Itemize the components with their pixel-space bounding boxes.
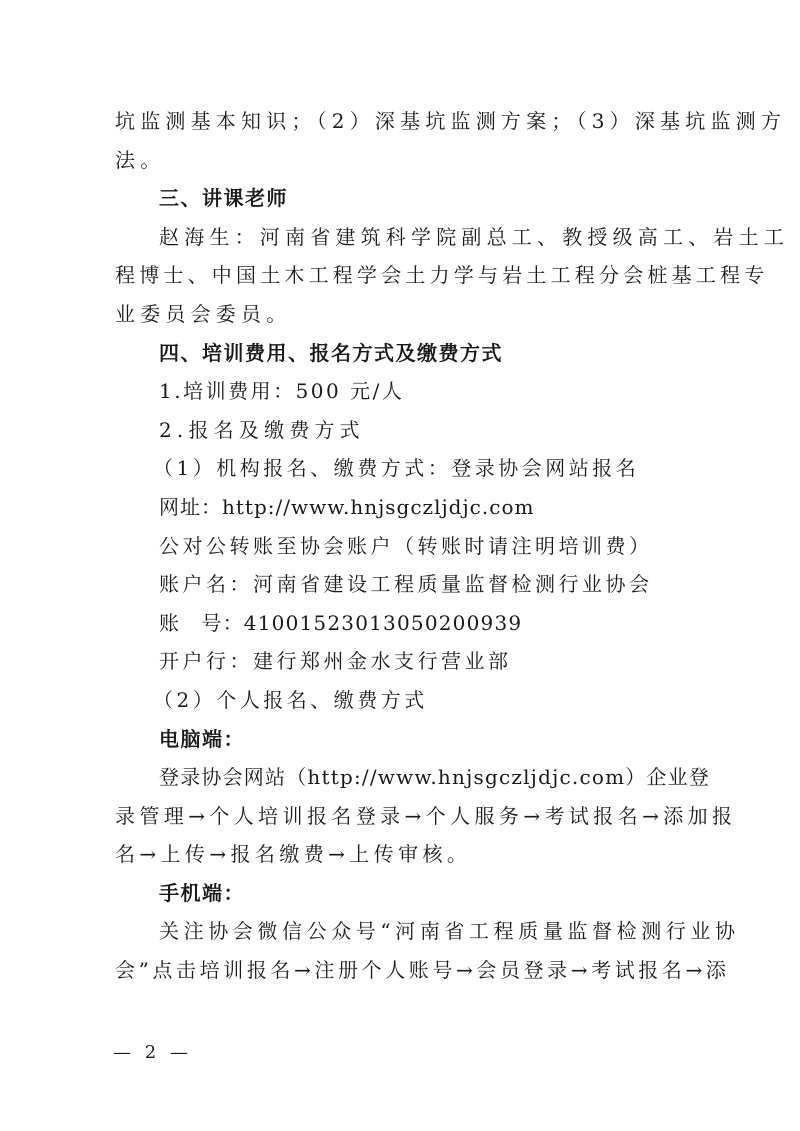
paragraph-line: 程博士、中国土木工程学会土力学与岩土工程分会桩基工程专	[115, 256, 687, 295]
paragraph-line: 法。	[115, 141, 687, 180]
account-name: 账户名：河南省建设工程质量监督检测行业协会	[115, 565, 687, 604]
document-page: 坑监测基本知识；（2）深基坑监测方案；（3）深基坑监测方 法。 三、讲课老师 赵…	[115, 102, 687, 990]
paragraph-line: 公对公转账至协会账户（转账时请注明培训费）	[115, 527, 687, 566]
paragraph-line: （1）机构报名、缴费方式：登录协会网站报名	[115, 449, 687, 488]
paragraph-line: 会”点击培训报名→注册个人账号→会员登录→考试报名→添	[115, 951, 687, 990]
paragraph-line: 坑监测基本知识；（2）深基坑监测方案；（3）深基坑监测方	[115, 102, 687, 141]
paragraph-line: 登录协会网站（http://www.hnjsgczljdjc.com）企业登	[115, 758, 687, 797]
fee-line: 1.培训费用：500 元/人	[115, 372, 687, 411]
bank-name: 开户行：建行郑州金水支行营业部	[115, 642, 687, 681]
page-number: — 2 —	[113, 1042, 192, 1063]
account-number: 账 号：41001523013050200939	[115, 604, 687, 643]
paragraph-line: （2）个人报名、缴费方式	[115, 681, 687, 720]
paragraph-line: 名→上传→报名缴费→上传审核。	[115, 835, 687, 874]
subheading-pc: 电脑端：	[115, 720, 687, 759]
subheading-mobile: 手机端：	[115, 874, 687, 913]
section-heading-fees: 四、培训费用、报名方式及缴费方式	[115, 334, 687, 373]
section-heading-lecturer: 三、讲课老师	[115, 179, 687, 218]
paragraph-line: 录管理→个人培训报名登录→个人服务→考试报名→添加报	[115, 797, 687, 836]
website-url[interactable]: 网址：http://www.hnjsgczljdjc.com	[115, 488, 687, 527]
paragraph-line: 业委员会委员。	[115, 295, 687, 334]
paragraph-line: 2.报名及缴费方式	[115, 411, 687, 450]
paragraph-line: 赵海生：河南省建筑科学院副总工、教授级高工、岩土工	[115, 218, 687, 257]
paragraph-line: 关注协会微信公众号“河南省工程质量监督检测行业协	[115, 912, 687, 951]
